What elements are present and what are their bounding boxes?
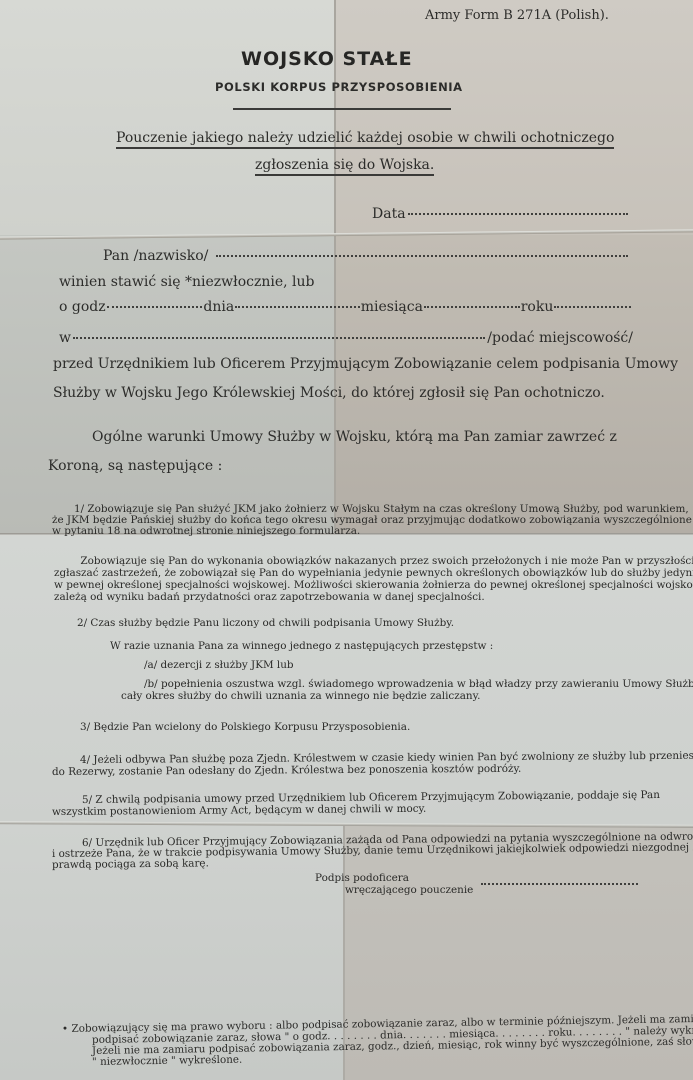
paper-panel <box>335 0 693 235</box>
summons-line: Służby w Wojsku Jego Królewskiej Mości, … <box>53 379 678 408</box>
conditions-intro-line: Koroną, są następujące : <box>48 452 617 481</box>
instruction-heading-line1: Pouczenie jakiego należy udzielić każdej… <box>116 130 614 149</box>
condition-1-line3: w pytaniu 18 na odwrotnej stronie niniej… <box>52 526 360 537</box>
summons-paragraph: przed Urzędnikiem lub Oficerem Przyjmują… <box>53 350 678 408</box>
appointment-time-field[interactable]: o godz dnia miesiąca roku <box>59 299 632 315</box>
name-input[interactable] <box>216 255 628 257</box>
month-label: miesiąca <box>361 299 423 315</box>
form-number: Army Form B 271A (Polish). <box>425 8 609 23</box>
condition-6-line3: prawdą pociąga za sobą karę. <box>52 858 209 871</box>
conditions-intro: Ogólne warunki Umowy Służby w Wojsku, kt… <box>48 423 617 481</box>
paragraph-line: zgłaszać zastrzeżeń, że zobowiązał się P… <box>54 567 693 579</box>
paragraph-line: w pewnej określonej specjalności wojskow… <box>54 579 693 591</box>
document-subtitle: POLSKI KORPUS PRZYSPOSOBIENIA <box>215 80 463 94</box>
day-label: dnia <box>203 299 234 315</box>
condition-2-item-b: /b/ popełnienia oszustwa wzgl. świadomeg… <box>144 679 693 690</box>
signature-input[interactable] <box>481 883 638 885</box>
title-divider <box>233 108 451 110</box>
signature-field[interactable]: wręczającego pouczenie <box>345 885 640 896</box>
place-label: w <box>59 330 71 346</box>
report-instruction: winien stawić się *niezwłocznie, lub <box>59 274 314 290</box>
condition-1-paragraph: Zobowiązuje się Pan do wykonania obowiąz… <box>54 555 693 603</box>
paper-panel <box>0 0 335 235</box>
name-label: Pan /nazwisko/ <box>103 248 208 264</box>
signature-label-line2: wręczającego pouczenie <box>345 885 473 896</box>
condition-2-item-a: /a/ dezercji z służby JKM lub <box>144 660 294 671</box>
date-field[interactable]: Data <box>372 206 630 222</box>
condition-2-offences: W razie uznania Pana za winnego jednego … <box>110 641 493 652</box>
date-input[interactable] <box>408 213 628 215</box>
footnote-line: " niezwłocznie " wykreślone. <box>92 1055 242 1068</box>
condition-2: 2/ Czas służby będzie Panu liczony od ch… <box>77 618 454 629</box>
instruction-heading-line2: zgłoszenia się do Wojska. <box>255 157 434 176</box>
conditions-intro-line: Ogólne warunki Umowy Służby w Wojsku, kt… <box>48 423 617 452</box>
paragraph-line: zależą od wyniku badań przydatności oraz… <box>54 591 693 603</box>
place-input[interactable] <box>73 337 485 339</box>
condition-3: 3/ Będzie Pan wcielony do Polskiego Korp… <box>80 722 410 733</box>
place-field[interactable]: w /podać miejscowość/ <box>59 330 633 346</box>
hour-input[interactable] <box>107 306 203 308</box>
month-input[interactable] <box>424 306 520 308</box>
summons-line: przed Urzędnikiem lub Oficerem Przyjmują… <box>53 350 678 379</box>
paragraph-line: Zobowiązuje się Pan do wykonania obowiąz… <box>54 555 693 567</box>
place-hint: /podać miejscowość/ <box>487 330 633 346</box>
condition-2-consequence: cały okres służby do chwili uznania za w… <box>121 691 480 702</box>
year-input[interactable] <box>554 306 631 308</box>
hour-label: o godz <box>59 299 106 315</box>
name-field[interactable]: Pan /nazwisko/ <box>103 248 630 264</box>
year-label: roku <box>521 299 554 315</box>
date-label: Data <box>372 206 406 222</box>
day-input[interactable] <box>235 306 360 308</box>
signature-label-line1: Podpis podoficera <box>315 873 409 884</box>
document-title: WOJSKO STAŁE <box>241 48 413 70</box>
